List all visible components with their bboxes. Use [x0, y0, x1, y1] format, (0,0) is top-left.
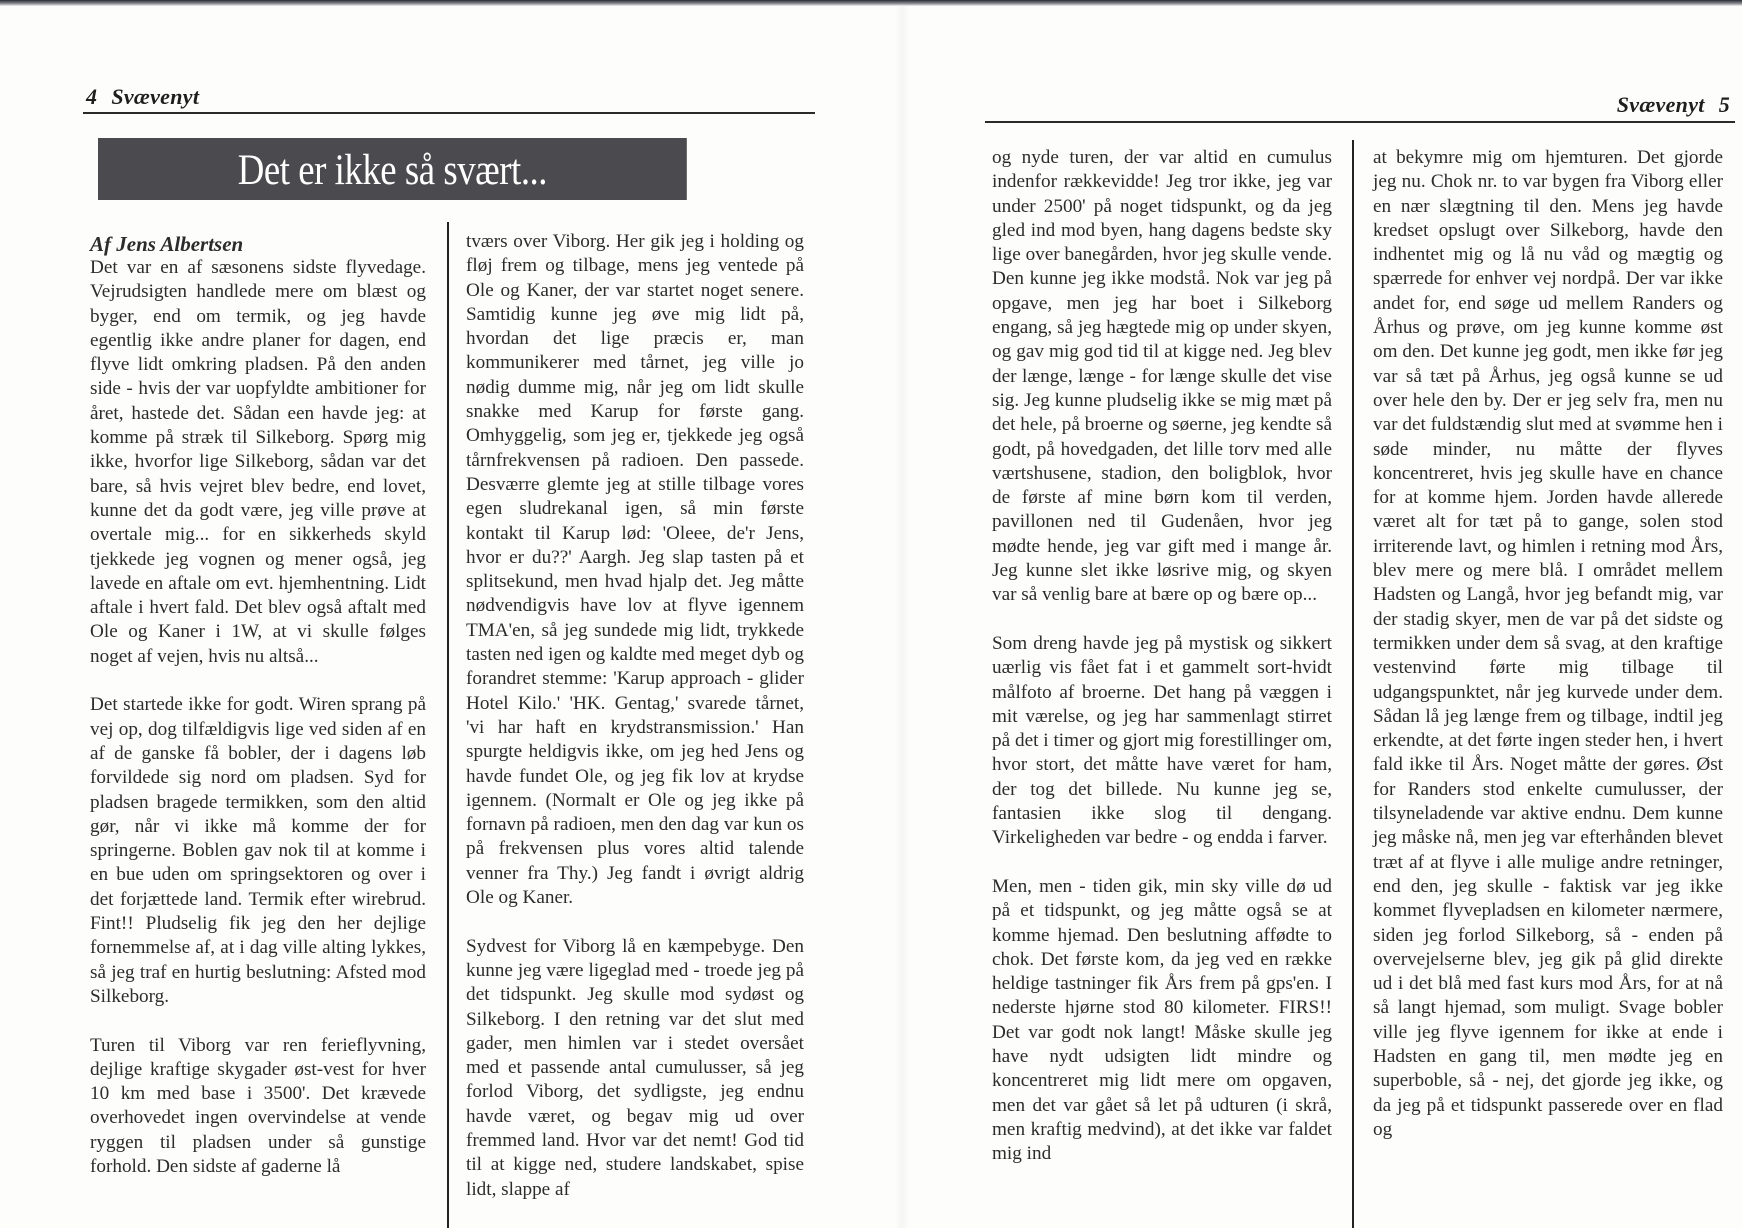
byline: Af Jens Albertsen [90, 232, 426, 256]
paragraph: og nyde turen, der var altid en cumulus … [992, 146, 1332, 608]
column-2: tværs over Viborg. Her gik jeg i holding… [466, 230, 804, 1202]
left-header-rule [83, 112, 815, 114]
column-divider [1352, 140, 1354, 1228]
column-3: og nyde turen, der var altid en cumulus … [992, 146, 1332, 1166]
paragraph: at bekymre mig om hjemturen. Det gjorde … [1373, 146, 1723, 1142]
article-title: Det er ikke så svært... [238, 144, 547, 195]
paragraph: Turen til Viborg var ren ferieflyvning, … [90, 1034, 426, 1180]
right-page-header: Svævenyt5 [1617, 92, 1730, 118]
page-gutter [895, 6, 909, 1228]
page-number: 4 [86, 84, 97, 109]
column-4: at bekymre mig om hjemturen. Det gjorde … [1373, 146, 1723, 1142]
publication-name: Svævenyt [1617, 92, 1705, 117]
scan-top-edge [0, 0, 1742, 6]
paragraph: Som dreng havde jeg på mystisk og sikker… [992, 632, 1332, 851]
paragraph: tværs over Viborg. Her gik jeg i holding… [466, 230, 804, 910]
article-title-bar: Det er ikke så svært... [98, 138, 687, 200]
column-divider [447, 222, 449, 1228]
right-header-rule [985, 121, 1735, 123]
page-number: 5 [1719, 92, 1730, 117]
paragraph: Men, men - tiden gik, min sky ville dø u… [992, 875, 1332, 1167]
column-1: Af Jens Albertsen Det var en af sæsonens… [90, 232, 426, 1179]
left-page-header: 4Svævenyt [86, 84, 199, 110]
publication-name: Svævenyt [111, 84, 199, 109]
paragraph: Det startede ikke for godt. Wiren sprang… [90, 693, 426, 1009]
paragraph: Sydvest for Viborg lå en kæmpebyge. Den … [466, 935, 804, 1202]
paragraph: Det var en af sæsonens sidste flyvedage.… [90, 256, 426, 669]
